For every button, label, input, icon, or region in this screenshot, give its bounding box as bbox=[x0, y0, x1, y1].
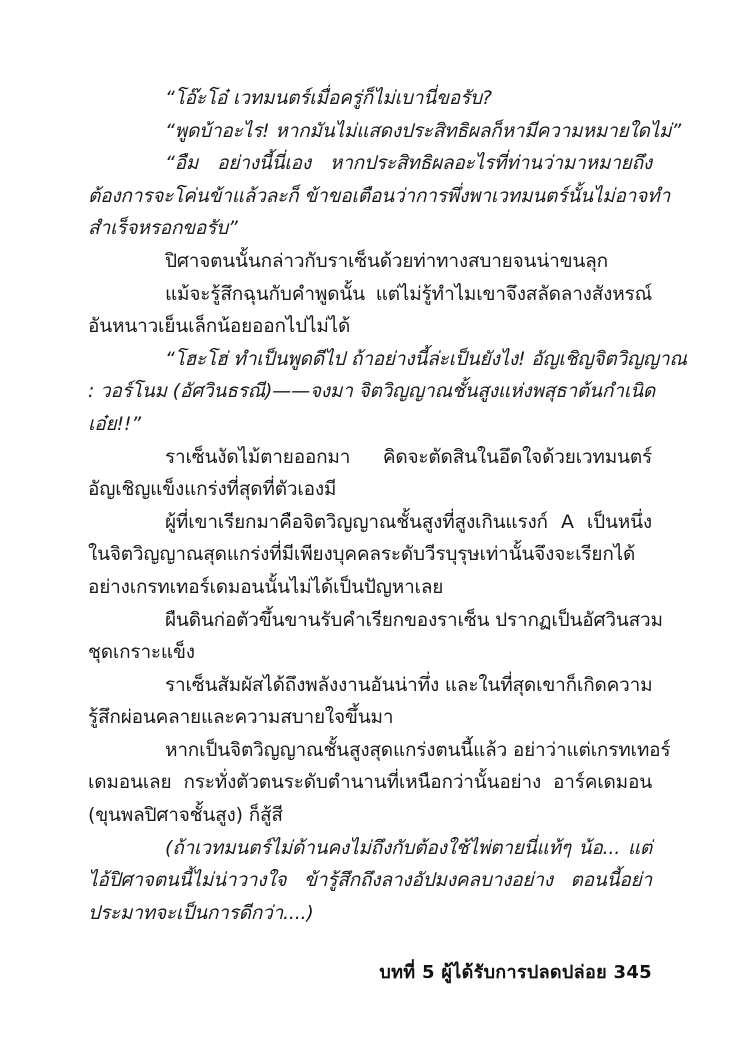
chapter-title: บทที่ 5 ผู้ได้รับการปลดปล่อย bbox=[379, 962, 607, 983]
text-line: ชุดเกราะแข็ง bbox=[88, 636, 652, 669]
text-line: รู้สึกผ่อนคลายและความสบายใจขึ้นมา bbox=[88, 701, 652, 734]
text-line: ในจิตวิญญาณสุดแกร่งที่มีเพียงบุคคลระดับว… bbox=[88, 538, 652, 571]
text-line: “โฮะโฮ่ ทำเป็นพูดดีไป ถ้าอย่างนี้ล่ะเป็น… bbox=[88, 343, 652, 376]
text-line: เดมอนเลย กระทั่งตัวตนระดับตำนานที่เหนือก… bbox=[88, 766, 652, 799]
text-line: “โอ๊ะโอ๋ เวทมนตร์เมื่อครู่ก็ไม่เบานี่ขอร… bbox=[88, 82, 652, 115]
text-line: ต้องการจะโค่นข้าแล้วละก็ ข้าขอเตือนว่ากา… bbox=[88, 180, 652, 213]
text-line: สำเร็จหรอกขอรับ” bbox=[88, 212, 652, 245]
text-line: ไอ้ปิศาจตนนี้ไม่น่าวางใจ ข้ารู้สึกถึงลาง… bbox=[88, 864, 652, 897]
text-line: อันหนาวเย็นเล็กน้อยออกไปไม่ได้ bbox=[88, 310, 652, 343]
text-line: ปิศาจตนนั้นกล่าวกับราเซ็นด้วยท่าทางสบายจ… bbox=[88, 245, 652, 278]
text-line: (ขุนพลปิศาจชั้นสูง) ก็สู้สี bbox=[88, 799, 652, 832]
running-footer: บทที่ 5 ผู้ได้รับการปลดปล่อย 345 bbox=[379, 957, 652, 986]
text-line: เอ๋ย!!” bbox=[88, 408, 652, 441]
text-line: : วอร์โนม (อัศวินธรณี)——จงมา จิตวิญญาณชั… bbox=[88, 375, 652, 408]
paragraph-lines: “โอ๊ะโอ๋ เวทมนตร์เมื่อครู่ก็ไม่เบานี่ขอร… bbox=[88, 82, 652, 929]
text-line: ผู้ที่เขาเรียกมาคือจิตวิญญาณชั้นสูงที่สู… bbox=[88, 506, 652, 539]
text-line: ประมาทจะเป็นการดีกว่า....) bbox=[88, 897, 652, 930]
text-line: อย่างเกรทเทอร์เดมอนนั้นไม่ได้เป็นปัญหาเล… bbox=[88, 571, 652, 604]
text-line: ราเซ็นสัมผัสได้ถึงพลังงานอันน่าทึ่ง และใ… bbox=[88, 669, 652, 702]
text-line: ผืนดินก่อตัวขึ้นขานรับคำเรียกของราเซ็น ป… bbox=[88, 604, 652, 637]
page-number: 345 bbox=[614, 962, 652, 983]
text-line: แม้จะรู้สึกฉุนกับคำพูดนั้น แต่ไม่รู้ทำไม… bbox=[88, 278, 652, 311]
text-line: (ถ้าเวทมนตร์ไม่ด้านคงไม่ถึงกับต้องใช้ไพ่… bbox=[88, 832, 652, 865]
text-line: “พูดบ้าอะไร! หากมันไม่แสดงประสิทธิผลก็หา… bbox=[88, 115, 652, 148]
text-line: หากเป็นจิตวิญญาณชั้นสูงสุดแกร่งตนนี้แล้ว… bbox=[88, 734, 652, 767]
page-body: “โอ๊ะโอ๋ เวทมนตร์เมื่อครู่ก็ไม่เบานี่ขอร… bbox=[88, 82, 652, 929]
text-line: ราเซ็นงัดไม้ตายออกมา คิดจะตัดสินในอึดใจด… bbox=[88, 441, 652, 474]
text-line: อัญเชิญแข็งแกร่งที่สุดที่ตัวเองมี bbox=[88, 473, 652, 506]
text-line: “อืม อย่างนี้นี่เอง หากประสิทธิผลอะไรที่… bbox=[88, 147, 652, 180]
